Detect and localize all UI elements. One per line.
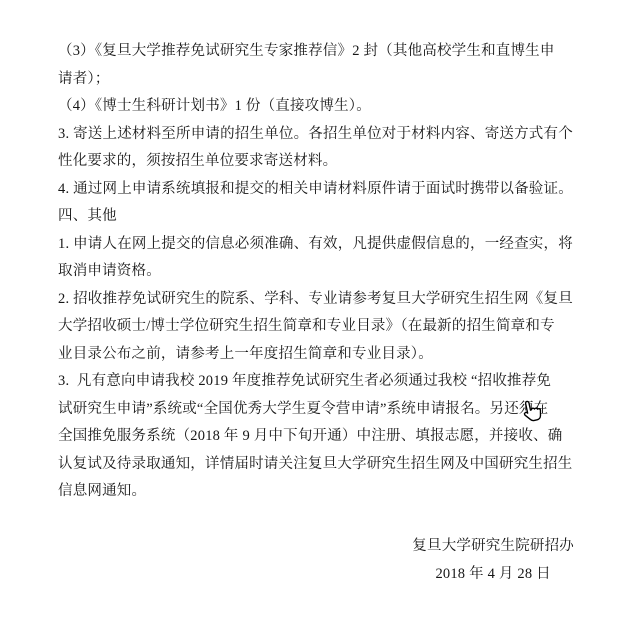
date-line: 2018 年 4 月 28 日 <box>412 561 574 589</box>
text-line: （3）《复旦大学推荐免试研究生专家推荐信》2 封（其他高校学生和直博生申 <box>58 38 574 66</box>
text-line: 性化要求的，须按招生单位要求寄送材料。 <box>58 148 574 176</box>
text-line: 2. 招收推荐免试研究生的院系、学科、专业请参考复旦大学研究生招生网《复旦 <box>58 286 574 314</box>
signature-line: 复旦大学研究生院研招办 <box>412 533 574 561</box>
blank-line <box>58 506 574 534</box>
text-line: 请者）； <box>58 66 574 94</box>
text-line: 3. 凡有意向申请我校 2019 年度推荐免试研究生者必须通过我校 “招收推荐免 <box>58 368 574 396</box>
text-line: 1. 申请人在网上提交的信息必须准确、有效，凡提供虚假信息的，一经查实，将 <box>58 231 574 259</box>
text-line: 信息网通知。 <box>58 478 574 506</box>
text-line: 业目录公布之前，请参考上一年度招生简章和专业目录）。 <box>58 341 574 369</box>
text-line: 3. 寄送上述材料至所申请的招生单位。各招生单位对于材料内容、寄送方式有个 <box>58 121 574 149</box>
text-line: 试研究生申请”系统或“全国优秀大学生夏令营申请”系统申请报名。另还须在 <box>58 396 574 424</box>
document-page: （3）《复旦大学推荐免试研究生专家推荐信》2 封（其他高校学生和直博生申 请者）… <box>0 0 641 634</box>
text-line: （4）《博士生科研计划书》1 份（直接攻博生）。 <box>58 93 574 121</box>
signature-block: 复旦大学研究生院研招办 2018 年 4 月 28 日 <box>412 533 574 588</box>
text-line: 4. 通过网上申请系统填报和提交的相关申请材料原件请于面试时携带以备验证。 <box>58 176 574 204</box>
section-heading: 四、其他 <box>58 203 574 231</box>
text-line: 全国推免服务系统（2018 年 9 月中下旬开通）中注册、填报志愿，并接收、确 <box>58 423 574 451</box>
text-line: 取消申请资格。 <box>58 258 574 286</box>
document-body: （3）《复旦大学推荐免试研究生专家推荐信》2 封（其他高校学生和直博生申 请者）… <box>58 38 574 588</box>
text-line: 大学招收硕士/博士学位研究生招生简章和专业目录》（在最新的招生简章和专 <box>58 313 574 341</box>
text-line: 认复试及待录取通知，详情届时请关注复旦大学研究生招生网及中国研究生招生 <box>58 451 574 479</box>
